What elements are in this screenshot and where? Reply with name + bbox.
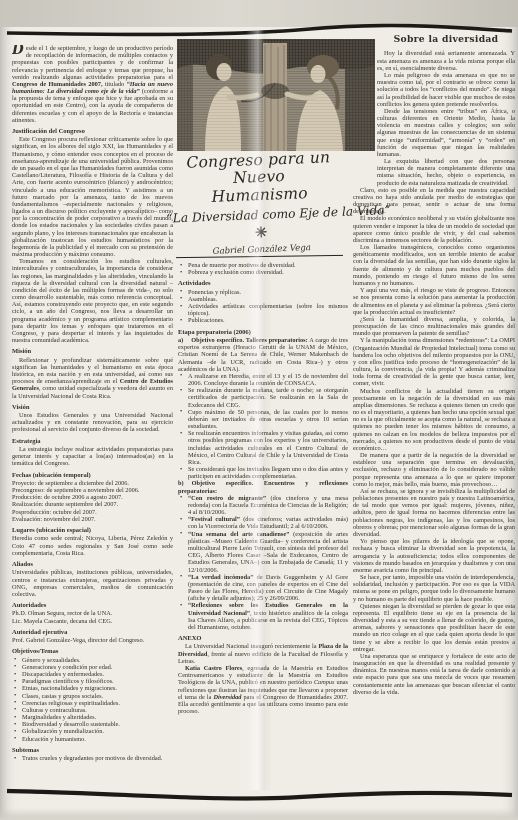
keyword-diversidad: Diversidad [213,694,241,701]
anexo-p1: La Universidad Nacional inauguró recient… [178,643,348,665]
list-item: Generaciones y condición por edad. [12,664,173,671]
congress-name: Congreso de Humanidades 2007, [12,81,103,88]
heading-estrategia: Estrategia [12,438,173,445]
article-paragraph: ¿Será la humanidad diversa, amplia, y co… [353,316,515,338]
list-item: “Con rostro de migrante” (dos cineforos … [178,495,348,517]
scan-backdrop-bottom [0,808,518,820]
fecha-line: Producción: de octubre 2006 a agosto 200… [12,494,173,501]
article-paragraph: Y aquí una vez más, el riesgo se viste d… [353,287,515,316]
list-item: Globalización y mundialización. [12,728,173,735]
heading-subtemas: Subtemas [12,747,173,754]
list-item: Publicaciones. [178,317,348,324]
article-paragraph: Hoy la diversidad está seriamente amenaz… [377,50,515,72]
congress-subtitle: “La Diversidad como Eje de la Vida” [166,204,354,225]
article-narrow-section: Sobre la diversidad Hoy la diversidad es… [353,35,515,187]
list-item: Clases, castas y grupos sociales. [12,693,173,700]
text-run: esde el 1 de septiembre, y luego de un p… [12,45,173,81]
list-item: Marginalidades y alteridades. [12,714,173,721]
article-heading: Sobre la diversidad [377,35,515,45]
autoridad-ejecutiva-line: Prof. Gabriel González-Vega, director de… [12,637,173,644]
justificacion-p2: Tomamos en consideración los estudios cu… [12,258,173,344]
list-item: Discapacidades y enfermedades. [12,671,173,678]
article-paragraph: Quienes niegan la diversidad se pierden … [353,603,515,653]
fecha-line: Realización: durante septiembre del 2007… [12,501,173,508]
periodical-name: Campus [314,679,335,686]
article-paragraph: Se hace, por tanto, imposible una visión… [353,574,515,603]
article-paragraph: De manera que a partir de la negación de… [353,452,515,488]
fecha-line: Posproducción: octubre del 2007. [12,509,173,516]
heading-aliados: Aliados [12,561,173,568]
event-title: “Festival cultural” [188,516,240,523]
objetivo-a-paragraph: a)Objetivo específico. Talleres preparat… [178,337,348,373]
article-paragraph: Claro, esto es posible en la medida que … [353,187,515,216]
article-paragraph: Una esperanza que se enriquece y fortale… [353,653,515,696]
list-item: Se realizarán encuentros informales y vi… [178,430,348,466]
text-run: titulado [103,81,127,88]
mision-paragraph: Reflexionar y profundizar sistemáticamen… [12,357,173,400]
left-column: Desde el 1 de septiembre, y luego de un … [12,45,173,790]
article-paragraph: Lo más peligroso de esta amenaza es que … [377,72,515,108]
text-run: La Universidad Nacional inauguró recient… [185,643,318,650]
vision-paragraph: Unos Estudios Generales y una Universida… [12,412,173,434]
list-item: “Festival cultural” (dos cineforos; vari… [178,516,348,530]
heading-autoridades: Autoridades [12,602,173,609]
heading-lugares: Lugares (ubicación espacial) [12,527,173,534]
article-paragraph: Los llamados transgénicos, conocidos com… [353,244,515,287]
right-column: Sobre la diversidad Hoy la diversidad es… [353,33,515,790]
article-paragraph: Muchos conflictos de la actualidad tiene… [353,388,515,453]
fecha-line: Proyecto: de septiembre a diciembre del … [12,480,173,487]
list-item: Cupo máximo de 50 personas, de las cuale… [178,409,348,431]
list-item: Actividades artísticas complementarias (… [178,303,348,317]
event-title: “Con rostro de migrante” [188,495,266,502]
list-item: Paradigmas científicos y filosóficos. [12,678,173,685]
event-title: “Una semana del arte canadiense” [188,531,289,538]
estrategia-paragraph: La estrategia incluye realizar actividad… [12,446,173,468]
list-item: Etnias, nacionalidades y migraciones. [12,685,173,692]
objetivo-a-title: Objetivo específico. Talleres preparator… [191,337,307,344]
scanned-page: Desde el 1 de septiembre, y luego de un … [0,0,518,820]
item-label: a) [178,337,191,344]
article-paragraph: Yo pienso que los pilares de la ideologí… [353,538,515,574]
justificacion-p1: Este Congreso procura reflexionar crític… [12,136,173,258]
anexo-p2: Katia Castro Flores, egresada de la Maes… [178,665,348,715]
list-item: A realizarse en Heredia, entre el 13 y e… [178,373,348,387]
objetivos-list: Género y sexualidades. Generaciones y co… [12,657,173,743]
list-item: “La verdad incómoda” de Davis Guggenheim… [178,574,348,603]
person-name: Katia Castro Flores [185,665,242,672]
lugares-paragraph: Heredia como sede central; Nicoya, Liber… [12,535,173,557]
list-item: Género y sexualidades. [12,657,173,664]
heading-mision: Misión [12,348,173,355]
aliados-paragraph: Universidades públicas, instituciones pú… [12,569,173,598]
list-item: Ponencias y réplicas. [178,289,348,296]
objetivo-b-title: Objetivo específico. Encuentros y reflex… [178,480,348,494]
heading-objetivos-temas: Objetivos/Temas [12,648,173,655]
list-item: Asambleas. [178,296,348,303]
list-item: Se considerará que los invitados lleguen… [178,466,348,480]
drop-cap: D [12,45,24,56]
heading-fechas: Fechas (ubicación temporal) [12,472,173,479]
list-item: Biodiversidad y desarrollo sustentable. [12,721,173,728]
article-paragraph: Y la manipulación toma dimensiones “rede… [353,337,515,387]
heading-autoridad-ejecutiva: Autoridad ejecutiva [12,629,173,636]
scan-backdrop-top [0,0,518,27]
list-item: Pena de muerte por motivos de diversidad… [178,262,348,269]
list-item: Tratos crueles y degradantes por motivos… [12,755,173,762]
article-paragraph: Desde las tensiones entre “tribus” en Áf… [377,108,515,158]
article-paragraph: El modelo económico neoliberal y su visi… [353,215,515,244]
list-item: Creencias religiosas y espiritualidades. [12,700,173,707]
heading-etapa-preparatoria: Etapa preparatoria (2006) [178,329,348,336]
heading-vision: Visión [12,404,173,411]
list-item: “Una semana del arte canadiense” (exposi… [178,531,348,574]
list-item: Pobreza y exclusión como diversidad. [178,269,348,276]
list-item: Educación y humanismo. [12,736,173,743]
objetivo-b-paragraph: b)Objetivo específico. Encuentros y refl… [178,480,348,494]
event-title: “La verdad incómoda” [188,574,253,581]
heading-actividades: Actividades [178,280,348,287]
autoridad-line: Ph.D. Olman Segura, rector de la UNA. [12,610,173,617]
title-block: Congreso para un Nuevo Humanismo “La Div… [164,148,356,258]
asterisk-ornament-icon [255,226,267,238]
middle-column: Pena de muerte por motivos de diversidad… [178,262,348,784]
bottom-rule [0,784,518,804]
fecha-line: Evaluación: noviembre del 2007. [12,516,173,523]
text-run: (exposición de artes plásticas –Museo Ca… [188,531,348,574]
article-paragraph: La exquisita libertad con que dos person… [377,158,515,187]
list-item: “Reflexiones sobre los Estudios Generale… [178,602,348,631]
list-item: Se realizarán durante la mañana, tarde o… [178,387,348,409]
intro-paragraph: Desde el 1 de septiembre, y luego de un … [12,45,173,124]
article-paragraph: Así se rechaza, se ignora y se invisibil… [353,488,515,538]
heading-anexo: ANEXO [178,635,348,642]
engraving-adam-and-eve [177,39,375,151]
actividades-list: Ponencias y réplicas. Asambleas. Activid… [178,289,348,325]
subtemas-list: Tratos crueles y degradantes por motivos… [12,755,173,762]
item-label: b) [178,480,192,487]
heading-justificacion: Justificación del Congreso [12,128,173,135]
subtemas-continued-list: Pena de muerte por motivos de diversidad… [178,262,348,276]
fecha-line: Precongreso: de septiembre a noviembre d… [12,487,173,494]
list-item: Culturas y contraculturas. [12,707,173,714]
objetivo-a-list: A realizarse en Heredia, entre el 13 y e… [178,373,348,481]
autoridad-line: Lic. Mayela Cascante, decana del CEG. [12,618,173,625]
objetivo-b-list: “Con rostro de migrante” (dos cineforos … [178,495,348,631]
